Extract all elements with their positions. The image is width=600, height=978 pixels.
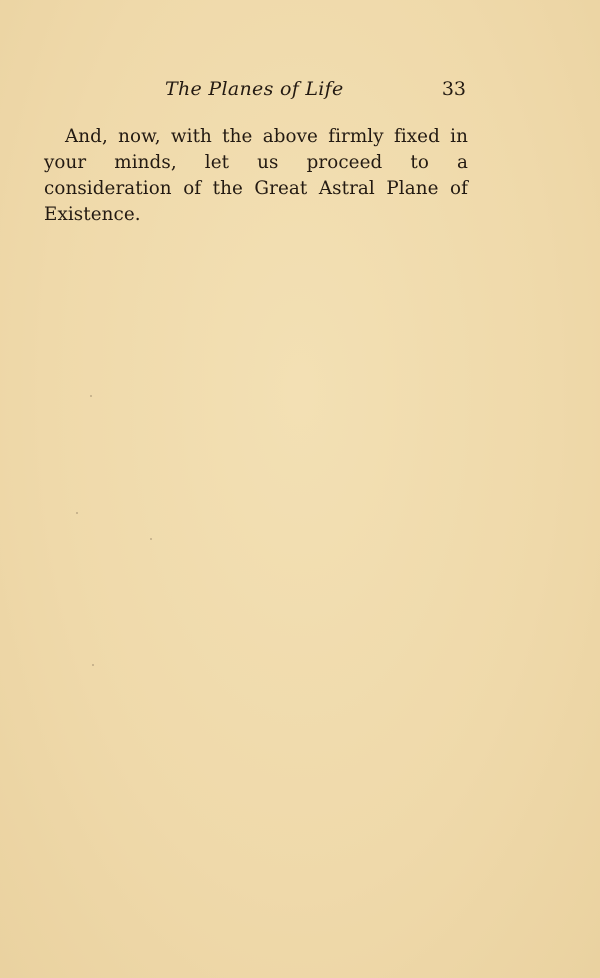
running-title: The Planes of Life [165, 78, 344, 100]
page-number: 33 [442, 78, 466, 100]
paper-speck [90, 395, 92, 397]
book-page: The Planes of Life 33 And, now, with the… [0, 0, 600, 978]
paper-speck [92, 664, 94, 666]
paper-speck [76, 512, 78, 514]
running-head: The Planes of Life 33 [160, 78, 466, 104]
body-paragraph: And, now, with the above firmly fixed in… [44, 124, 468, 228]
paper-speck [150, 538, 152, 540]
